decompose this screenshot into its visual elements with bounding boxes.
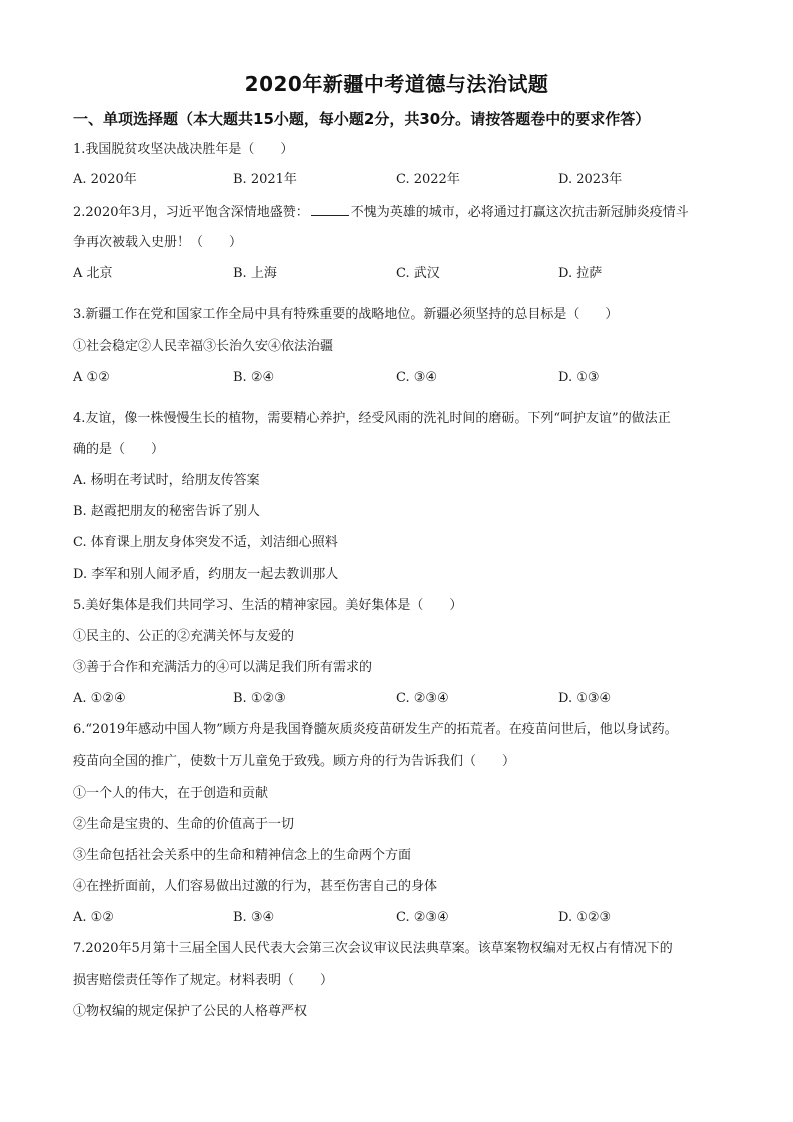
section-heading: 一、单项选择题（本大题共15小题，每小题2分，共30分。请按答题卷中的要求作答） (73, 108, 650, 129)
question-2-option-a: A 北京 (73, 265, 113, 283)
question-5-option-a: A. ①②④ (73, 690, 126, 708)
question-4-option-d: D. 李军和别人闹矛盾，约朋友一起去教训那人 (73, 566, 338, 584)
question-2-stem-line-1: 2.2020年3月，习近平饱含深情地盛赞：不愧为英雄的城市，必将通过打赢这次抗击… (73, 203, 689, 222)
question-6-option-c: C. ②③④ (396, 909, 449, 927)
question-1-stem: 1.我国脱贫攻坚决战决胜年是（ ） (73, 141, 293, 159)
question-4-option-b: B. 赵霞把朋友的秘密告诉了别人 (73, 503, 260, 521)
question-3-option-d: D. ①③ (558, 369, 600, 387)
question-2-stem-prefix: 2.2020年3月，习近平饱含深情地盛赞： (73, 205, 309, 220)
question-7-stem-line-1: 7.2020年5月第十三届全国人民代表大会第三次会议审议民法典草案。该草案物权编… (73, 940, 673, 958)
question-4-option-c: C. 体育课上朋友身体突发不适，刘洁细心照料 (73, 534, 338, 552)
fill-in-blank (311, 203, 349, 216)
question-1-option-c: C. 2022年 (396, 171, 460, 189)
question-3-option-a: A ①② (73, 369, 110, 387)
question-2-stem-line-2: 争再次被载入史册！（ ） (73, 234, 242, 252)
question-2-option-b: B. 上海 (233, 265, 277, 283)
question-3-option-b: B. ②④ (233, 369, 274, 387)
question-1-option-b: B. 2021年 (233, 171, 297, 189)
question-4-stem-line-2: 确的是（ ） (73, 441, 164, 459)
question-5-option-d: D. ①③④ (558, 690, 611, 708)
question-1-option-d: D. 2023年 (558, 171, 622, 189)
question-2-stem-suffix: 不愧为英雄的城市，必将通过打赢这次抗击新冠肺炎疫情斗 (351, 205, 689, 220)
question-6-option-b: B. ③④ (233, 909, 274, 927)
question-2-option-d: D. 拉萨 (558, 265, 602, 283)
question-6-statement-4: ④在挫折面前，人们容易做出过激的行为，甚至伤害自己的身体 (73, 878, 437, 896)
question-5-stem: 5.美好集体是我们共同学习、生活的精神家园。美好集体是（ ） (73, 597, 462, 615)
question-5-option-c: C. ②③④ (396, 690, 449, 708)
question-2-option-c: C. 武汉 (396, 265, 440, 283)
question-6-option-a: A. ①② (73, 909, 114, 927)
question-3-stem: 3.新疆工作在党和国家工作全局中具有特殊重要的战略地位。新疆必须坚持的总目标是（… (73, 306, 618, 324)
question-4-stem-line-1: 4.友谊，像一株慢慢生长的植物，需要精心养护，经受风雨的洗礼时间的磨砺。下列“呵… (73, 410, 671, 428)
document-title: 2020年新疆中考道德与法治试题 (0, 68, 793, 97)
exam-page: 2020年新疆中考道德与法治试题 一、单项选择题（本大题共15小题，每小题2分，… (0, 0, 793, 1122)
question-1-option-a: A. 2020年 (73, 171, 137, 189)
question-5-statement-2: ③善于合作和充满活力的④可以满足我们所有需求的 (73, 659, 372, 677)
question-6-option-d: D. ①②③ (558, 909, 611, 927)
question-3-statements: ①社会稳定②人民幸福③长治久安④依法治疆 (73, 338, 333, 356)
question-4-option-a: A. 杨明在考试时，给朋友传答案 (73, 472, 260, 490)
question-6-statement-3: ③生命包括社会关系中的生命和精神信念上的生命两个方面 (73, 847, 411, 865)
question-5-option-b: B. ①②③ (233, 690, 286, 708)
question-5-statement-1: ①民主的、公正的②充满关怀与友爱的 (73, 628, 294, 646)
question-7-stem-line-2: 损害赔偿责任等作了规定。材料表明（ ） (73, 972, 333, 990)
question-7-statement-1: ①物权编的规定保护了公民的人格尊严权 (73, 1003, 307, 1021)
question-6-stem-line-2: 疫苗向全国的推广，使数十万儿童免于致残。顾方舟的行为告诉我们（ ） (73, 753, 515, 771)
question-6-statement-1: ①一个人的伟大，在于创造和贡献 (73, 785, 268, 803)
question-6-stem-line-1: 6.“2019年感动中国人物”顾方舟是我国脊髓灰质炎疫苗研发生产的拓荒者。在疫苗… (73, 721, 678, 739)
question-6-statement-2: ②生命是宝贵的、生命的价值高于一切 (73, 816, 294, 834)
question-3-option-c: C. ③④ (396, 369, 437, 387)
